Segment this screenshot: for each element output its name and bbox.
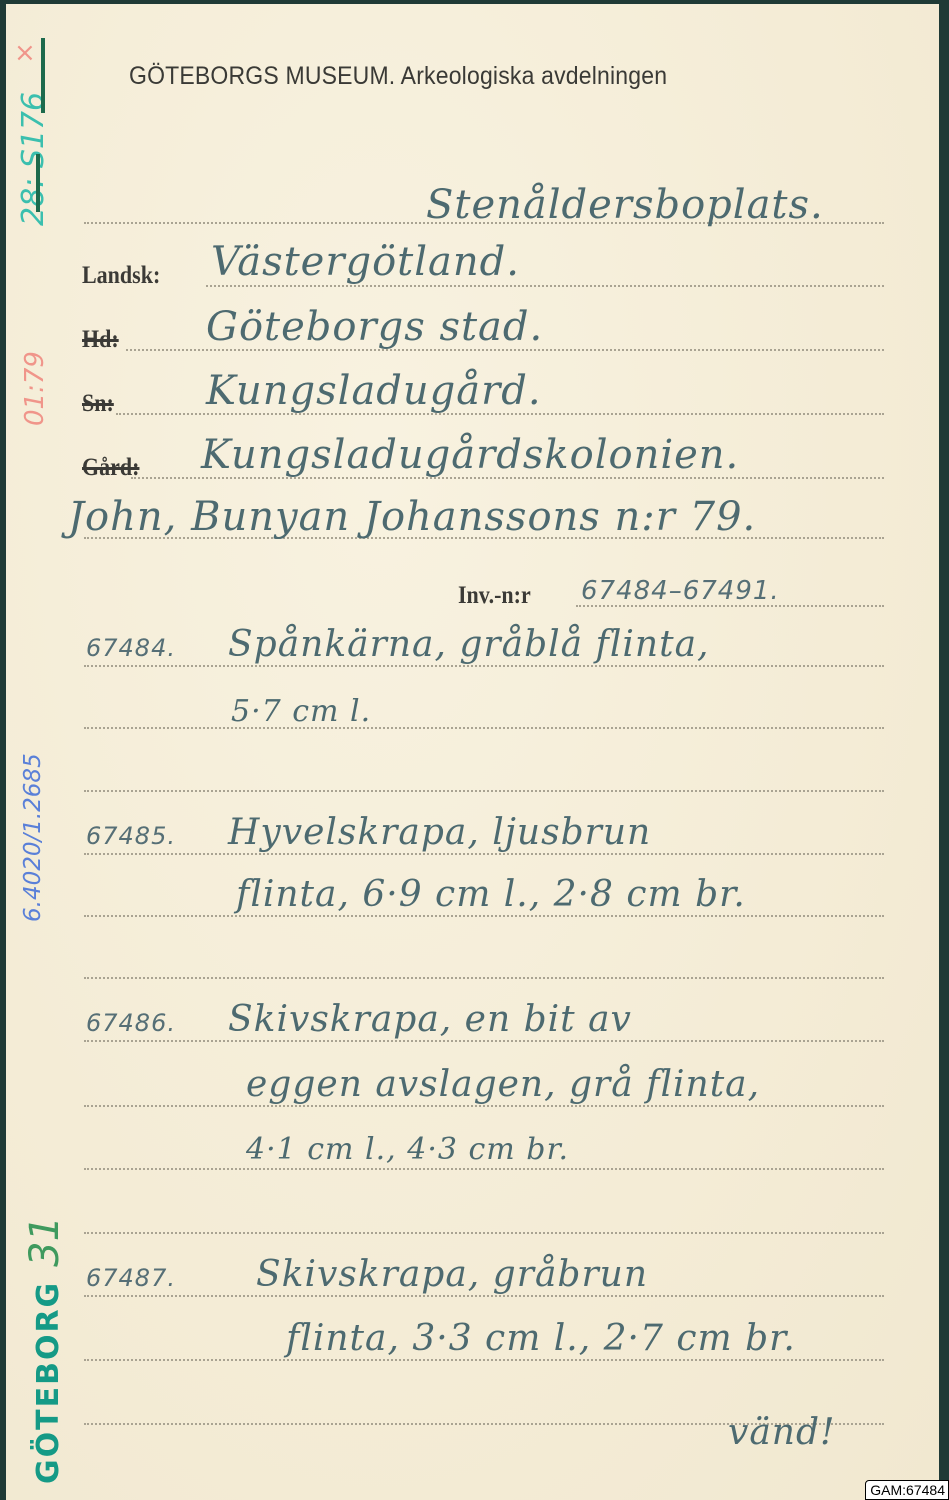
entry-number: 67484. — [86, 634, 176, 662]
dotted-line — [84, 790, 884, 792]
catalog-id-label: GAM:67484 — [865, 1480, 949, 1500]
stamp-text: GÖTEBORG — [31, 1281, 66, 1484]
red-reference: 01:79 — [20, 351, 50, 426]
field-value-gard: Kungsladugårdskolonien. — [201, 432, 739, 478]
field-value-landsk: Västergötland. — [211, 239, 520, 285]
dotted-line — [84, 1295, 884, 1297]
dotted-line — [84, 1040, 884, 1042]
turn-note: vänd! — [728, 1412, 836, 1453]
dotted-line — [84, 727, 884, 729]
blue-reference: 6.4020/1.2685 — [20, 753, 46, 922]
entry-line: flinta, 6·9 cm l., 2·8 cm br. — [236, 874, 746, 915]
field-label-sn: Sn: — [82, 390, 114, 418]
strike-through-mark — [36, 154, 40, 212]
strike-through-mark — [41, 38, 45, 113]
entry-number: 67485. — [86, 822, 176, 850]
dotted-line — [84, 853, 884, 855]
field-label-landsk: Landsk: — [82, 262, 160, 290]
field-label-hd: Hd: — [82, 326, 119, 354]
entry-line: 4·1 cm l., 4·3 cm br. — [246, 1132, 569, 1167]
entry-line: flinta, 3·3 cm l., 2·7 cm br. — [286, 1318, 796, 1359]
dotted-line — [84, 665, 884, 667]
site-type: Stenåldersboplats. — [426, 182, 824, 228]
teal-reference: 28: S176 — [16, 92, 51, 226]
inv-label: Inv.-n:r — [458, 582, 531, 610]
stamp-number: 31 — [22, 1216, 68, 1267]
dotted-line — [84, 977, 884, 979]
entry-line: Skivskrapa, en bit av — [228, 999, 632, 1040]
entry-line: Hyvelskrapa, ljusbrun — [228, 812, 651, 853]
location-line: John, Bunyan Johanssons n:r 79. — [68, 494, 756, 540]
entry-line: eggen avslagen, grå flinta, — [246, 1064, 760, 1105]
dotted-line — [84, 1168, 884, 1170]
dotted-line — [84, 915, 884, 917]
dotted-line — [84, 1105, 884, 1107]
red-x-mark: × — [14, 38, 36, 68]
stamp-goteborg: GÖTEBORG31 — [22, 1216, 68, 1484]
dotted-line — [84, 1359, 884, 1361]
entry-line: Spånkärna, gråblå flinta, — [228, 624, 709, 665]
entry-number: 67486. — [86, 1009, 176, 1037]
dotted-line — [84, 1232, 884, 1234]
museum-header: GÖTEBORGS MUSEUM. Arkeologiska avdelning… — [129, 62, 667, 91]
entry-line: 5·7 cm l. — [231, 694, 371, 729]
catalog-card: GÖTEBORGS MUSEUM. Arkeologiska avdelning… — [6, 4, 939, 1500]
field-value-sn: Kungsladugård. — [206, 368, 542, 414]
entry-number: 67487. — [86, 1264, 176, 1292]
field-value-hd: Göteborgs stad. — [206, 304, 543, 350]
inv-value: 67484–67491. — [581, 576, 780, 606]
entry-line: Skivskrapa, gråbrun — [256, 1254, 648, 1295]
dotted-line — [206, 285, 884, 287]
